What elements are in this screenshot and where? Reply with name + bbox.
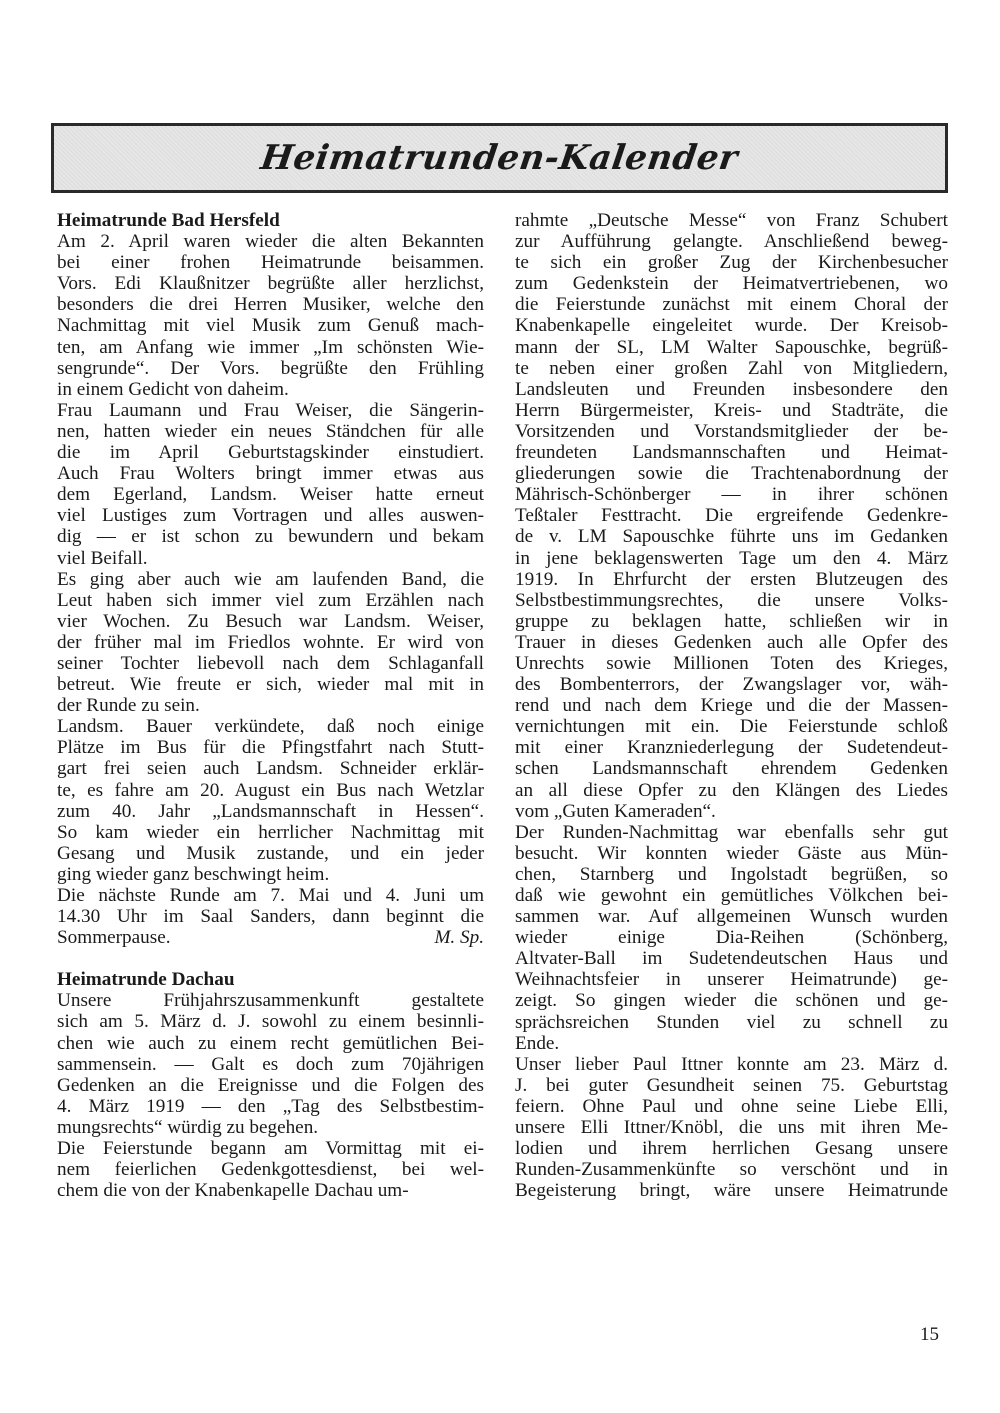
text-line: feiern. Ohne Paul und ohne seine Liebe E… bbox=[515, 1096, 948, 1117]
text-line: dig — er ist schon zu bewundern und beka… bbox=[57, 526, 484, 547]
text-line: sich am 5. März d. J. sowohl zu einem be… bbox=[57, 1011, 484, 1032]
text-line: Landsm. Bauer verkündete, daß noch einig… bbox=[57, 716, 484, 737]
text-line: sammensein. — Galt es doch zum 70jährige… bbox=[57, 1054, 484, 1075]
text-line: gruppe zu beklagen hatte, schließen wir … bbox=[515, 611, 948, 632]
text-line: schen Landsmannschaft ehrendem Gedenken bbox=[515, 758, 948, 779]
text-line: Teßtaler Festtracht. Die ergreifende Ged… bbox=[515, 505, 948, 526]
author-signature: M. Sp. bbox=[434, 927, 484, 948]
paragraph: Unser lieber Paul Ittner konnte am 23. M… bbox=[515, 1054, 948, 1202]
text-line: 14.30 Uhr im Saal Sanders, dann beginnt … bbox=[57, 906, 484, 927]
text-line: Vors. Edi Klaußnitzer begrüßte aller her… bbox=[57, 273, 484, 294]
text-line: J. bei guter Gesundheit seinen 75. Gebur… bbox=[515, 1075, 948, 1096]
text-line: sprächsreichen Stunden viel zu schnell z… bbox=[515, 1012, 948, 1033]
text-line: freundeten Landsmannschaften und Heimat- bbox=[515, 442, 948, 463]
text-line: seiner Tochter liebevoll nach dem Schlag… bbox=[57, 653, 484, 674]
section-heading: Heimatrunde Dachau bbox=[57, 969, 484, 990]
paragraph: Die nächste Runde am 7. Mai und 4. Juni … bbox=[57, 885, 484, 948]
text-line: 4. März 1919 — den „Tag des Selbstbestim… bbox=[57, 1096, 484, 1117]
paragraph: Landsm. Bauer verkündete, daß noch einig… bbox=[57, 716, 484, 885]
text-line: Plätze im Bus für die Pfingstfahrt nach … bbox=[57, 737, 484, 758]
text-line: nen, hatten wieder ein neues Ständchen f… bbox=[57, 421, 484, 442]
text-line: gliederungen sowie die Trachtenabordnung… bbox=[515, 463, 948, 484]
text-line: Leut haben sich immer viel zum Erzählen … bbox=[57, 590, 484, 611]
text-line: zeigt. So gingen wieder die schönen und … bbox=[515, 990, 948, 1011]
text-line: in einem Gedicht von daheim. bbox=[57, 379, 484, 400]
text-line: Der Runden-Nachmittag war ebenfalls sehr… bbox=[515, 822, 948, 843]
text-line: unsere Elli Ittner/Knöbl, die uns mit ih… bbox=[515, 1117, 948, 1138]
text-line: Trauer in dieses Gedenken auch alle Opfe… bbox=[515, 632, 948, 653]
text-line: Weihnachtsfeier in unserer Heimatrunde) … bbox=[515, 969, 948, 990]
text-line: So kam wieder ein herrlicher Nachmittag … bbox=[57, 822, 484, 843]
text-line: ging wieder ganz beschwingt heim. bbox=[57, 864, 484, 885]
text-line: Gesang und Musik zustande, und ein jeder bbox=[57, 843, 484, 864]
text-line: Nachmittag mit viel Musik zum Genuß mach… bbox=[57, 315, 484, 336]
text-line: bei einer frohen Heimatrunde beisammen. bbox=[57, 252, 484, 273]
text-line: vernichtungen mit ein. Die Feierstunde s… bbox=[515, 716, 948, 737]
text-line: te, es fahre am 20. August ein Bus nach … bbox=[57, 780, 484, 801]
banner-title: Heimatrunden-Kalender bbox=[258, 138, 740, 178]
text-line: in jene beklagenswerten Tage um den 4. M… bbox=[515, 548, 948, 569]
text-line: besonders die drei Herren Musiker, welch… bbox=[57, 294, 484, 315]
text-line: Unsere Frühjahrszusammenkunft gestaltete bbox=[57, 990, 484, 1011]
text-line: Auch Frau Wolters bringt immer etwas aus bbox=[57, 463, 484, 484]
text-line: chen, Starnberg und Ingolstadt begrüßen,… bbox=[515, 864, 948, 885]
text-line: vier Wochen. Zu Besuch war Landsm. Weise… bbox=[57, 611, 484, 632]
text-line: mann der SL, LM Walter Sapouschke, begrü… bbox=[515, 337, 948, 358]
paragraph: Unsere Frühjahrszusammenkunft gestaltete… bbox=[57, 990, 484, 1138]
text-line: Landsleuten und Freunden insbesondere de… bbox=[515, 379, 948, 400]
text-line: te neben einer großen Zahl von Mitgliede… bbox=[515, 358, 948, 379]
text-line: Mährisch-Schönberger — in ihrer schönen bbox=[515, 484, 948, 505]
text-line: sengrunde“. Der Vors. begrüßte den Frühl… bbox=[57, 358, 484, 379]
text-line: Am 2. April waren wieder die alten Bekan… bbox=[57, 231, 484, 252]
text-line: der früher mal im Friedlos wohnte. Er wi… bbox=[57, 632, 484, 653]
paragraph: Die Feierstunde begann am Vormittag mit … bbox=[57, 1138, 484, 1201]
paragraph: Es ging aber auch wie am laufenden Band,… bbox=[57, 569, 484, 717]
text-line: Begeisterung bringt, wäre unsere Heimatr… bbox=[515, 1180, 948, 1201]
page-number: 15 bbox=[920, 1324, 939, 1346]
text-line: Knabenkapelle eingeleitet wurde. Der Kre… bbox=[515, 315, 948, 336]
paragraph: rahmte „Deutsche Messe“ von Franz Schube… bbox=[515, 210, 948, 822]
text-line: de v. LM Sapouschke führte uns im Gedank… bbox=[515, 526, 948, 547]
text-line: zur Aufführung gelangte. Anschließend be… bbox=[515, 231, 948, 252]
text-line: chem die von der Knabenkapelle Dachau um… bbox=[57, 1180, 484, 1201]
text-line: Vorsitzenden und Vorstandsmitglieder der… bbox=[515, 421, 948, 442]
text-line: ten, am Anfang wie immer „Im schönsten W… bbox=[57, 337, 484, 358]
text-line: Herrn Bürgermeister, Kreis- und Stadträt… bbox=[515, 400, 948, 421]
text-line: rend und nach dem Kriege und die der Mas… bbox=[515, 695, 948, 716]
text-line: Selbstbestimmungsrechtes, die unsere Vol… bbox=[515, 590, 948, 611]
text-line: betreut. Wie freute er sich, wieder mal … bbox=[57, 674, 484, 695]
text-line: dem Egerland, Landsm. Weiser hatte erneu… bbox=[57, 484, 484, 505]
text-line: die im April Geburtstagskinder einstudie… bbox=[57, 442, 484, 463]
text-line: die Feierstunde zunächst mit einem Chora… bbox=[515, 294, 948, 315]
text-line: lodien und ihrem herrlichen Gesang unser… bbox=[515, 1138, 948, 1159]
text-line: Die nächste Runde am 7. Mai und 4. Juni … bbox=[57, 885, 484, 906]
text-line: zum Gedenkstein der Heimatvertriebenen, … bbox=[515, 273, 948, 294]
text-line: an all diese Opfer zu den Klängen des Li… bbox=[515, 780, 948, 801]
text-line: Frau Laumann und Frau Weiser, die Sänger… bbox=[57, 400, 484, 421]
paragraph: Am 2. April waren wieder die alten Bekan… bbox=[57, 231, 484, 400]
text-line: rahmte „Deutsche Messe“ von Franz Schube… bbox=[515, 210, 948, 231]
section-spacer bbox=[57, 948, 484, 969]
text-line: Sommerpause.M. Sp. bbox=[57, 927, 484, 948]
text-line: viel Lustiges zum Vortragen und alles au… bbox=[57, 505, 484, 526]
left-column: Heimatrunde Bad HersfeldAm 2. April ware… bbox=[57, 210, 484, 1201]
text-line: nem feierlichen Gedenkgottesdienst, bei … bbox=[57, 1159, 484, 1180]
text-line: Runden-Zusammenkünfte so verschönt und i… bbox=[515, 1159, 948, 1180]
text-line: mit einer Kranzniederlegung der Sudetend… bbox=[515, 737, 948, 758]
section-heading: Heimatrunde Bad Hersfeld bbox=[57, 210, 484, 231]
text-line: gart frei seien auch Landsm. Schneider e… bbox=[57, 758, 484, 779]
text-line: daß wie gewohnt ein gemütliches Völkchen… bbox=[515, 885, 948, 906]
text-line: besucht. Wir konnten wieder Gäste aus Mü… bbox=[515, 843, 948, 864]
text-line: Es ging aber auch wie am laufenden Band,… bbox=[57, 569, 484, 590]
text-line: der Runde zu sein. bbox=[57, 695, 484, 716]
right-column: rahmte „Deutsche Messe“ von Franz Schube… bbox=[515, 210, 948, 1201]
text-line: Ende. bbox=[515, 1033, 948, 1054]
paragraph: Frau Laumann und Frau Weiser, die Sänger… bbox=[57, 400, 484, 569]
text-line: Unrechts sowie Millionen Toten des Krieg… bbox=[515, 653, 948, 674]
text-line: Gedenken an die Ereignisse und die Folge… bbox=[57, 1075, 484, 1096]
text-line: vom „Guten Kameraden“. bbox=[515, 801, 948, 822]
text-line: te sich ein großer Zug der Kirchenbesuch… bbox=[515, 252, 948, 273]
text-line: Altvater-Ball im Sudetendeutschen Haus u… bbox=[515, 948, 948, 969]
text-line: 1919. In Ehrfurcht der ersten Blutzeugen… bbox=[515, 569, 948, 590]
text-line: zum 40. Jahr „Landsmannschaft in Hessen“… bbox=[57, 801, 484, 822]
text-line: mungsrechts“ würdig zu begehen. bbox=[57, 1117, 484, 1138]
section-banner: Heimatrunden-Kalender bbox=[51, 123, 948, 193]
text-line: Die Feierstunde begann am Vormittag mit … bbox=[57, 1138, 484, 1159]
text-line: sammen war. Auf allgemeinen Wunsch wurde… bbox=[515, 906, 948, 927]
text-line: Unser lieber Paul Ittner konnte am 23. M… bbox=[515, 1054, 948, 1075]
line-text: Sommerpause. bbox=[57, 927, 171, 948]
text-line: chen wie auch zu einem recht gemütlichen… bbox=[57, 1033, 484, 1054]
text-line: wieder einige Dia-Reihen (Schönberg, bbox=[515, 927, 948, 948]
text-line: des Bombenterrors, der Zwangslager vor, … bbox=[515, 674, 948, 695]
text-line: viel Beifall. bbox=[57, 548, 484, 569]
paragraph: Der Runden-Nachmittag war ebenfalls sehr… bbox=[515, 822, 948, 1054]
